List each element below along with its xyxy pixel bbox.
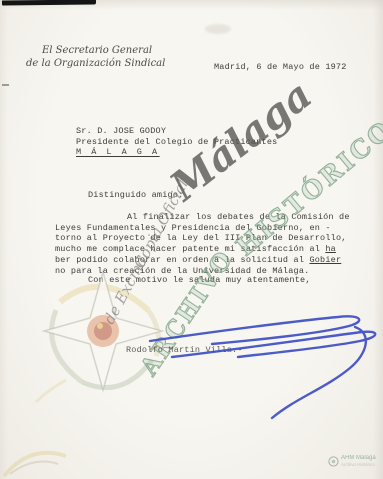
corner-stamp: AHM Málaga Archivo Histórico: [328, 456, 376, 467]
handwritten-signature: [0, 0, 383, 479]
corner-stamp-line1: AHM Málaga: [341, 456, 376, 462]
signature-stroke-tail: [272, 327, 366, 418]
signature-stroke-1: [150, 316, 359, 344]
scanned-letter-page: El Secretario General de la Organización…: [0, 0, 383, 479]
signature-stroke-2: [172, 332, 375, 357]
corner-stamp-icon: [328, 456, 339, 467]
corner-stamp-line2: Archivo Histórico: [341, 462, 376, 468]
